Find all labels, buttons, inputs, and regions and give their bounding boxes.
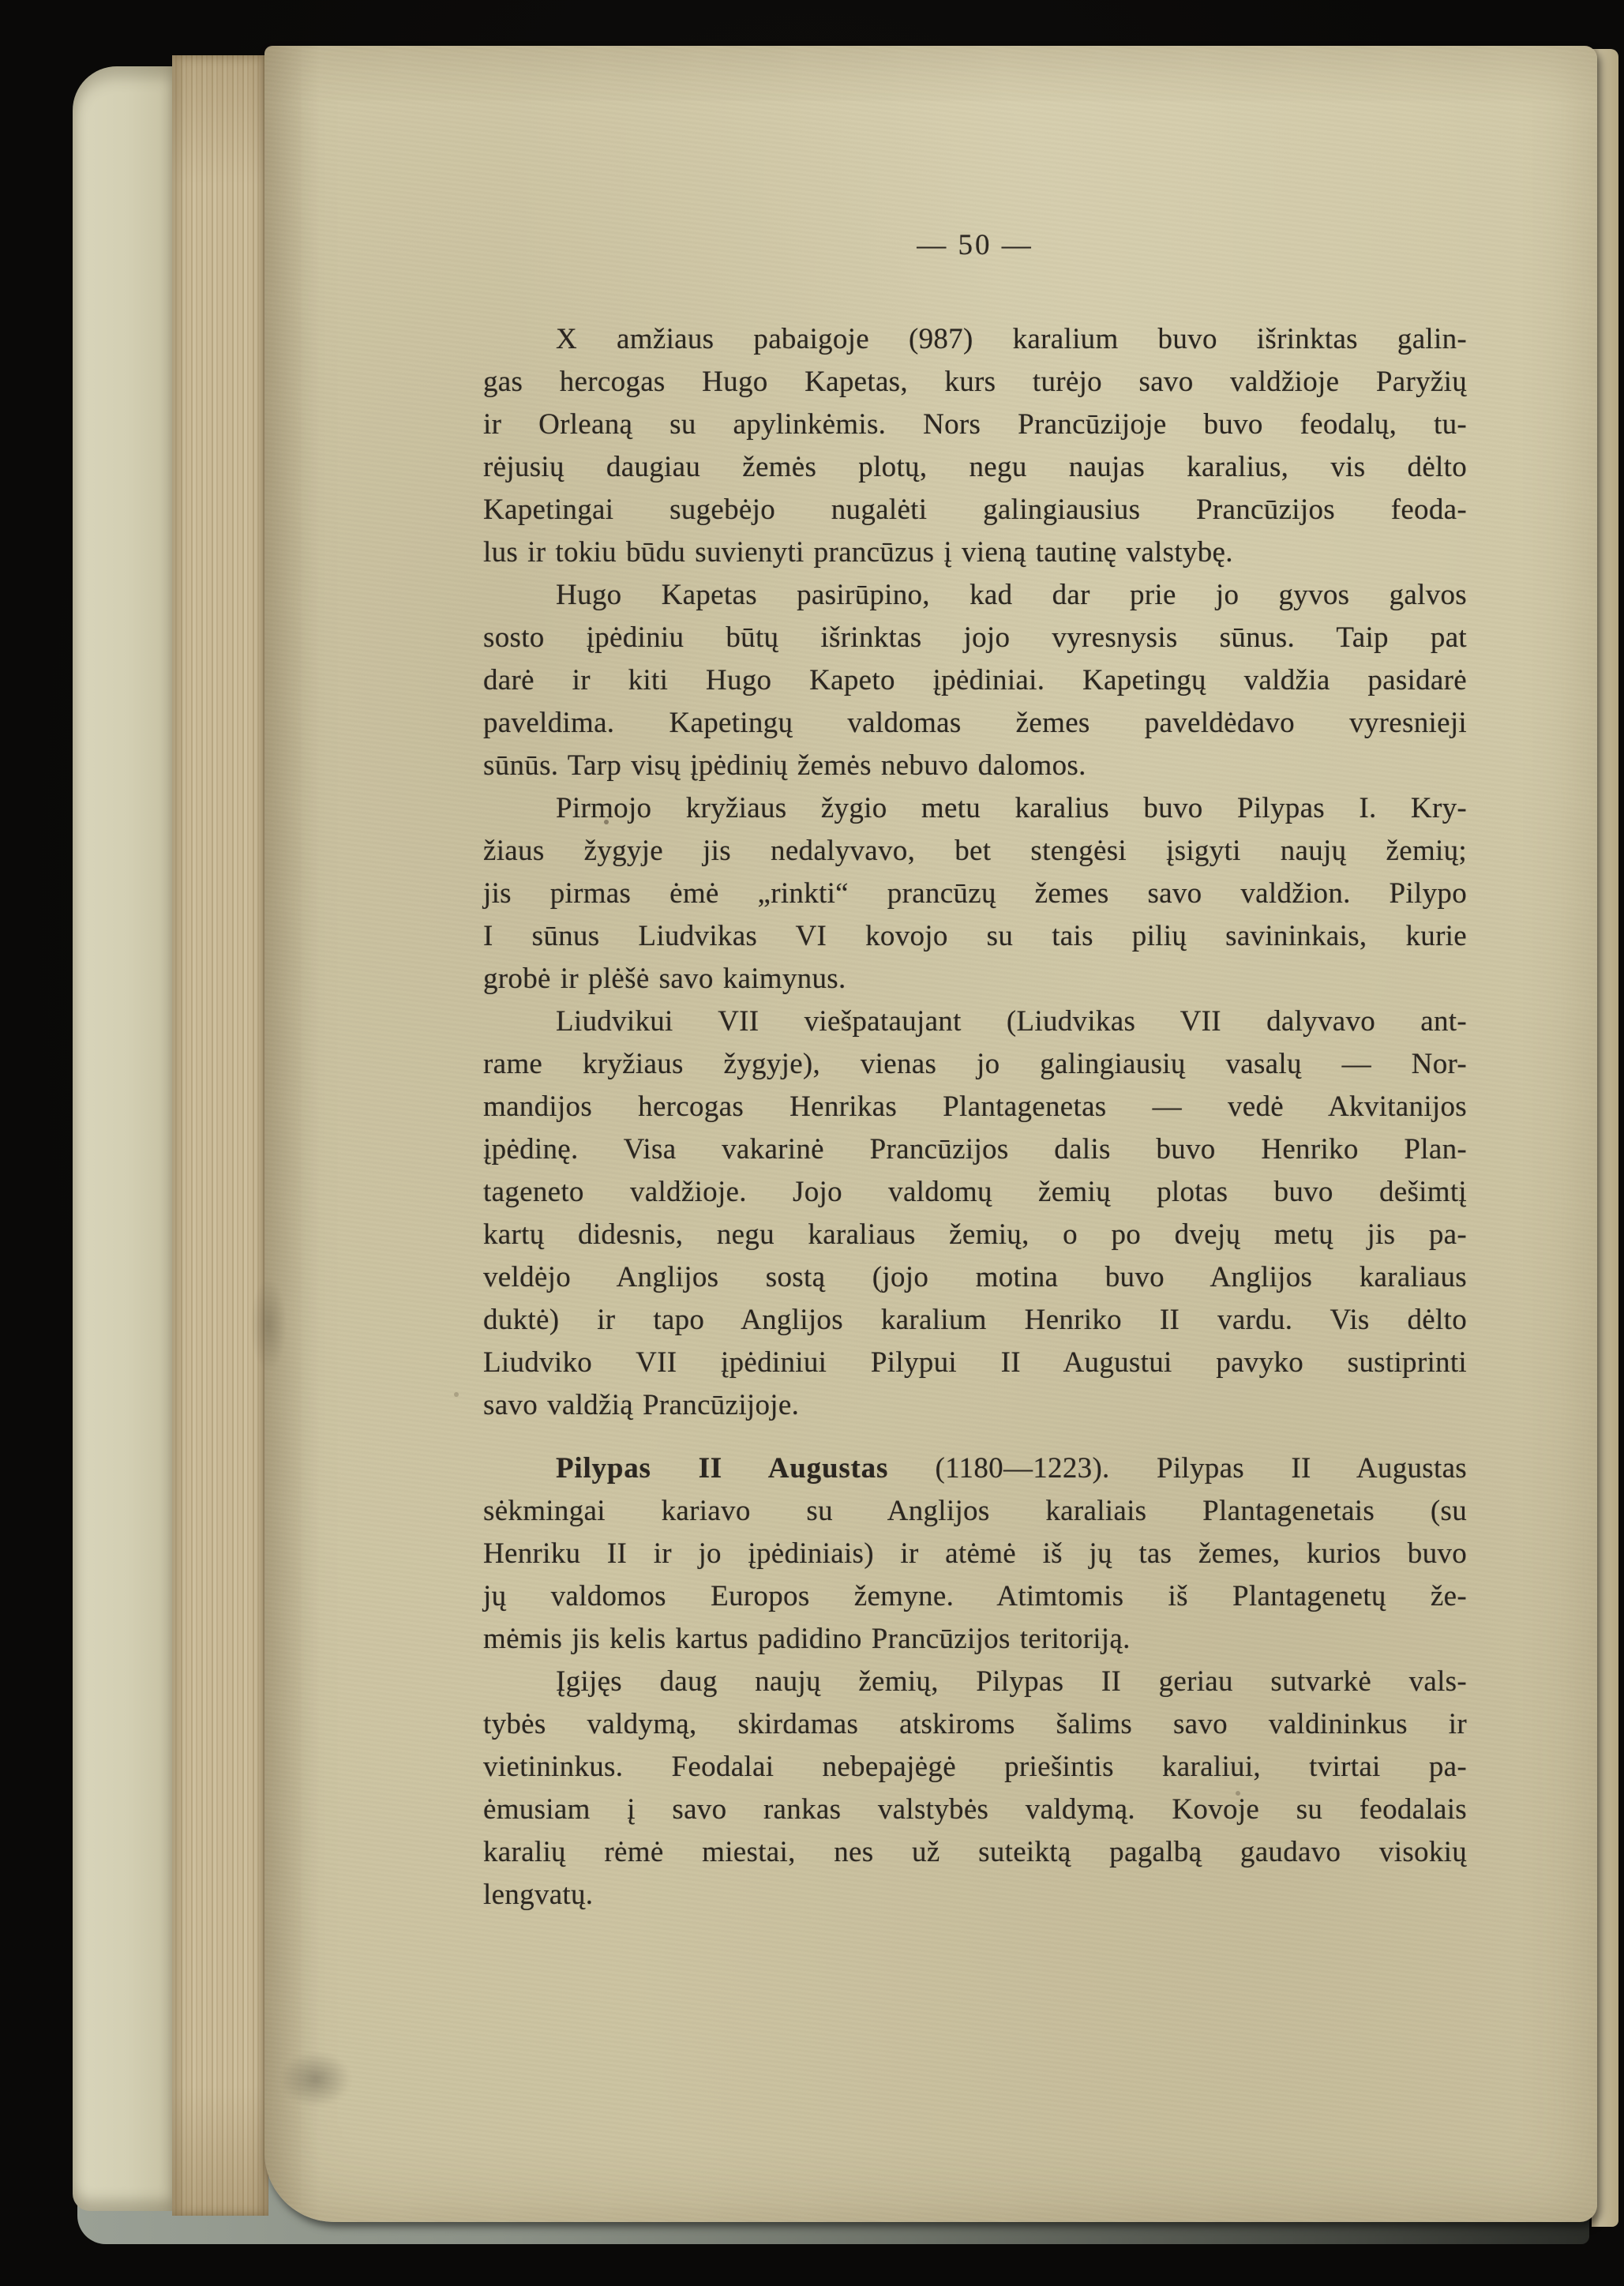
text-line: Liudviko VII įpėdiniui Pilypui II August… bbox=[483, 1342, 1467, 1384]
paragraph: Liudvikui VII viešpataujant (Liudvikas V… bbox=[483, 1000, 1467, 1427]
text-line: Kapetingai sugebėjo nugalėti galingiausi… bbox=[483, 489, 1467, 531]
text-line: duktė) ir tapo Anglijos karalium Henriko… bbox=[483, 1299, 1467, 1342]
text-line: lengvatų. bbox=[483, 1874, 1467, 1916]
text-line: mandijos hercogas Henrikas Plantagenetas… bbox=[483, 1086, 1467, 1128]
text-line: ėmusiam į savo rankas valstybės valdymą.… bbox=[483, 1789, 1467, 1831]
text-line: įpėdinę. Visa vakarinė Prancūzijos dalis… bbox=[483, 1128, 1467, 1171]
paragraph: Įgijęs daug naujų žemių, Pilypas II geri… bbox=[483, 1661, 1467, 1916]
page-edge-stack bbox=[172, 55, 268, 2216]
text-line: darė ir kiti Hugo Kapeto įpėdiniai. Kape… bbox=[483, 659, 1467, 702]
text-line: sosto įpėdiniu būtų išrinktas jojo vyres… bbox=[483, 617, 1467, 659]
text-line: žiaus žygyje jis nedalyvavo, bet stengės… bbox=[483, 830, 1467, 873]
text-line: grobė ir plėšė savo kaimynus. bbox=[483, 958, 1467, 1000]
text-line: lus ir tokiu būdu suvienyti prancūzus į … bbox=[483, 531, 1467, 574]
paragraph: X amžiaus pabaigoje (987) karalium buvo … bbox=[483, 318, 1467, 574]
paragraph: Hugo Kapetas pasirūpino, kad dar prie jo… bbox=[483, 574, 1467, 787]
text-line: X amžiaus pabaigoje (987) karalium buvo … bbox=[483, 318, 1467, 361]
text-column: X amžiaus pabaigoje (987) karalium buvo … bbox=[483, 318, 1467, 1916]
text-line: Pirmojo kryžiaus žygio metu karalius buv… bbox=[483, 787, 1467, 830]
text-line: rame kryžiaus žygyje), vienas jo galingi… bbox=[483, 1043, 1467, 1086]
paragraph: Pirmojo kryžiaus žygio metu karalius buv… bbox=[483, 787, 1467, 1000]
text-line: savo valdžią Prancūzijoje. bbox=[483, 1384, 1467, 1427]
text-line: tybės valdymą, skirdamas atskiroms šalim… bbox=[483, 1703, 1467, 1746]
text-line: tageneto valdžioje. Jojo valdomų žemių p… bbox=[483, 1171, 1467, 1214]
text-line: karalių rėmė miestai, nes už suteiktą pa… bbox=[483, 1831, 1467, 1874]
text-line: paveldima. Kapetingų valdomas žemes pave… bbox=[483, 702, 1467, 745]
text-line: vietininkus. Feodalai nebepajėgė priešin… bbox=[483, 1746, 1467, 1789]
text-line: rėjusių daugiau žemės plotų, negu naujas… bbox=[483, 446, 1467, 489]
text-line: I sūnus Liudvikas VI kovojo su tais pili… bbox=[483, 915, 1467, 958]
text-line: ir Orleaną su apylinkėmis. Nors Prancūzi… bbox=[483, 404, 1467, 446]
paragraph: Pilypas II Augustas (1180—1223). Pilypas… bbox=[483, 1447, 1467, 1661]
text-line: mėmis jis kelis kartus padidino Prancūzi… bbox=[483, 1618, 1467, 1661]
paragraph-lead-bold: Pilypas II Augustas bbox=[556, 1452, 888, 1485]
text-line: gas hercogas Hugo Kapetas, kurs turėjo s… bbox=[483, 361, 1467, 404]
book-page: — 50 — X amžiaus pabaigoje (987) karaliu… bbox=[264, 46, 1597, 2222]
text-line: kartų didesnis, negu karaliaus žemių, o … bbox=[483, 1214, 1467, 1256]
scanned-book-photo: { "page": { "number_display": "— 50 —", … bbox=[0, 0, 1624, 2286]
text-line: Liudvikui VII viešpataujant (Liudvikas V… bbox=[483, 1000, 1467, 1043]
text-line: jis pirmas ėmė „rinkti“ prancūzų žemes s… bbox=[483, 873, 1467, 915]
text-line: Henriku II ir jo įpėdiniais) ir atėmė iš… bbox=[483, 1533, 1467, 1575]
text-line: jų valdomos Europos žemyne. Atimtomis iš… bbox=[483, 1575, 1467, 1618]
paper-speck bbox=[454, 1392, 459, 1397]
ink-smudge bbox=[250, 1278, 287, 1372]
text-line: veldėjo Anglijos sostą (jojo motina buvo… bbox=[483, 1256, 1467, 1299]
page-number: — 50 — bbox=[483, 224, 1467, 267]
ink-smudge bbox=[280, 2051, 351, 2107]
text-line: Pilypas II Augustas (1180—1223). Pilypas… bbox=[483, 1447, 1467, 1490]
text-line: sūnūs. Tarp visų įpėdinių žemės nebuvo d… bbox=[483, 745, 1467, 787]
text-line: Įgijęs daug naujų žemių, Pilypas II geri… bbox=[483, 1661, 1467, 1703]
endpaper-edge bbox=[73, 66, 174, 2211]
text-line: sėkmingai kariavo su Anglijos karaliais … bbox=[483, 1490, 1467, 1533]
text-line: Hugo Kapetas pasirūpino, kad dar prie jo… bbox=[483, 574, 1467, 617]
